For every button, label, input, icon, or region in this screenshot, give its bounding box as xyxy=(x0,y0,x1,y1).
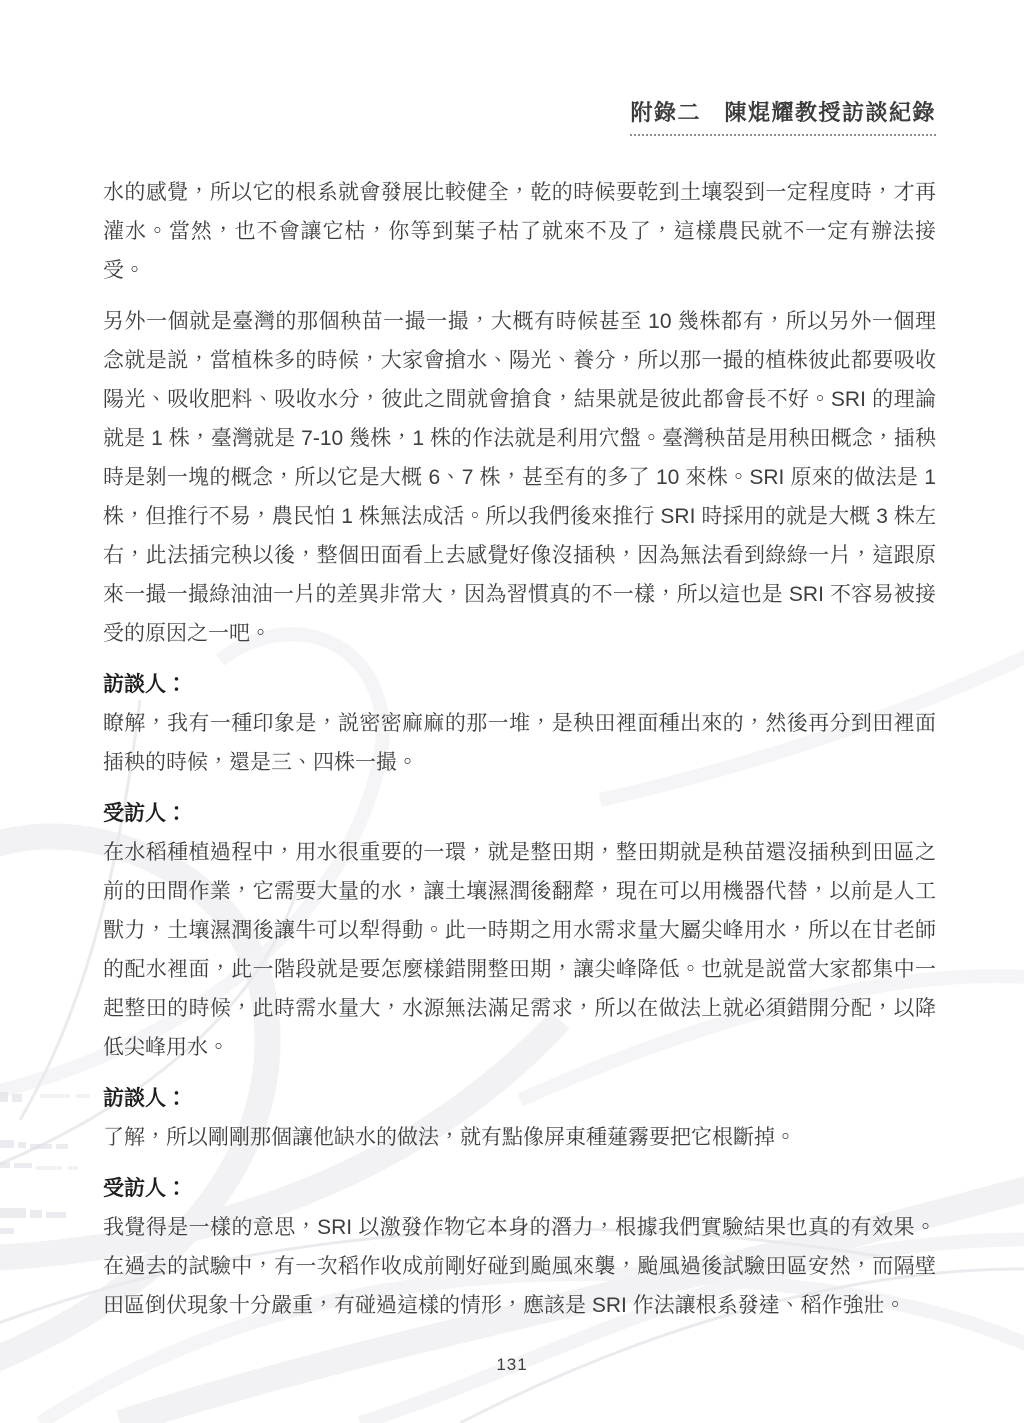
paragraph: 另外一個就是臺灣的那個秧苗一撮一撮，大概有時候甚至 10 幾株都有，所以另外一個… xyxy=(103,302,936,653)
speaker-label-interviewee: 受訪人： xyxy=(103,794,936,833)
speaker-label-interviewee: 受訪人： xyxy=(103,1169,936,1208)
paragraph: 瞭解，我有一種印象是，説密密麻麻的那一堆，是秧田裡面種出來的，然後再分到田裡面插… xyxy=(103,704,936,782)
paragraph: 在水稻種植過程中，用水很重要的一環，就是整田期，整田期就是秧苗還沒插秧到田區之前… xyxy=(103,833,936,1067)
page-number: 131 xyxy=(0,1355,1024,1375)
paragraph: 我覺得是一樣的意思，SRI 以激發作物它本身的潛力，根據我們實驗結果也真的有效果… xyxy=(103,1208,936,1325)
appendix-title: 附錄二 陳焜耀教授訪談紀錄 xyxy=(630,96,936,136)
page-header: 附錄二 陳焜耀教授訪談紀錄 xyxy=(630,96,936,136)
paragraph: 了解，所以剛剛那個讓他缺水的做法，就有點像屏東種蓮霧要把它根斷掉。 xyxy=(103,1118,936,1157)
paragraph: 水的感覺，所以它的根系就會發展比較健全，乾的時候要乾到土壤裂到一定程度時，才再灌… xyxy=(103,173,936,290)
document-page: 附錄二 陳焜耀教授訪談紀錄 水的感覺，所以它的根系就會發展比較健全，乾的時候要乾… xyxy=(0,0,1024,1423)
speaker-label-interviewer: 訪談人： xyxy=(103,1079,936,1118)
interview-transcript: 水的感覺，所以它的根系就會發展比較健全，乾的時候要乾到土壤裂到一定程度時，才再灌… xyxy=(103,173,936,1337)
speaker-label-interviewer: 訪談人： xyxy=(103,665,936,704)
